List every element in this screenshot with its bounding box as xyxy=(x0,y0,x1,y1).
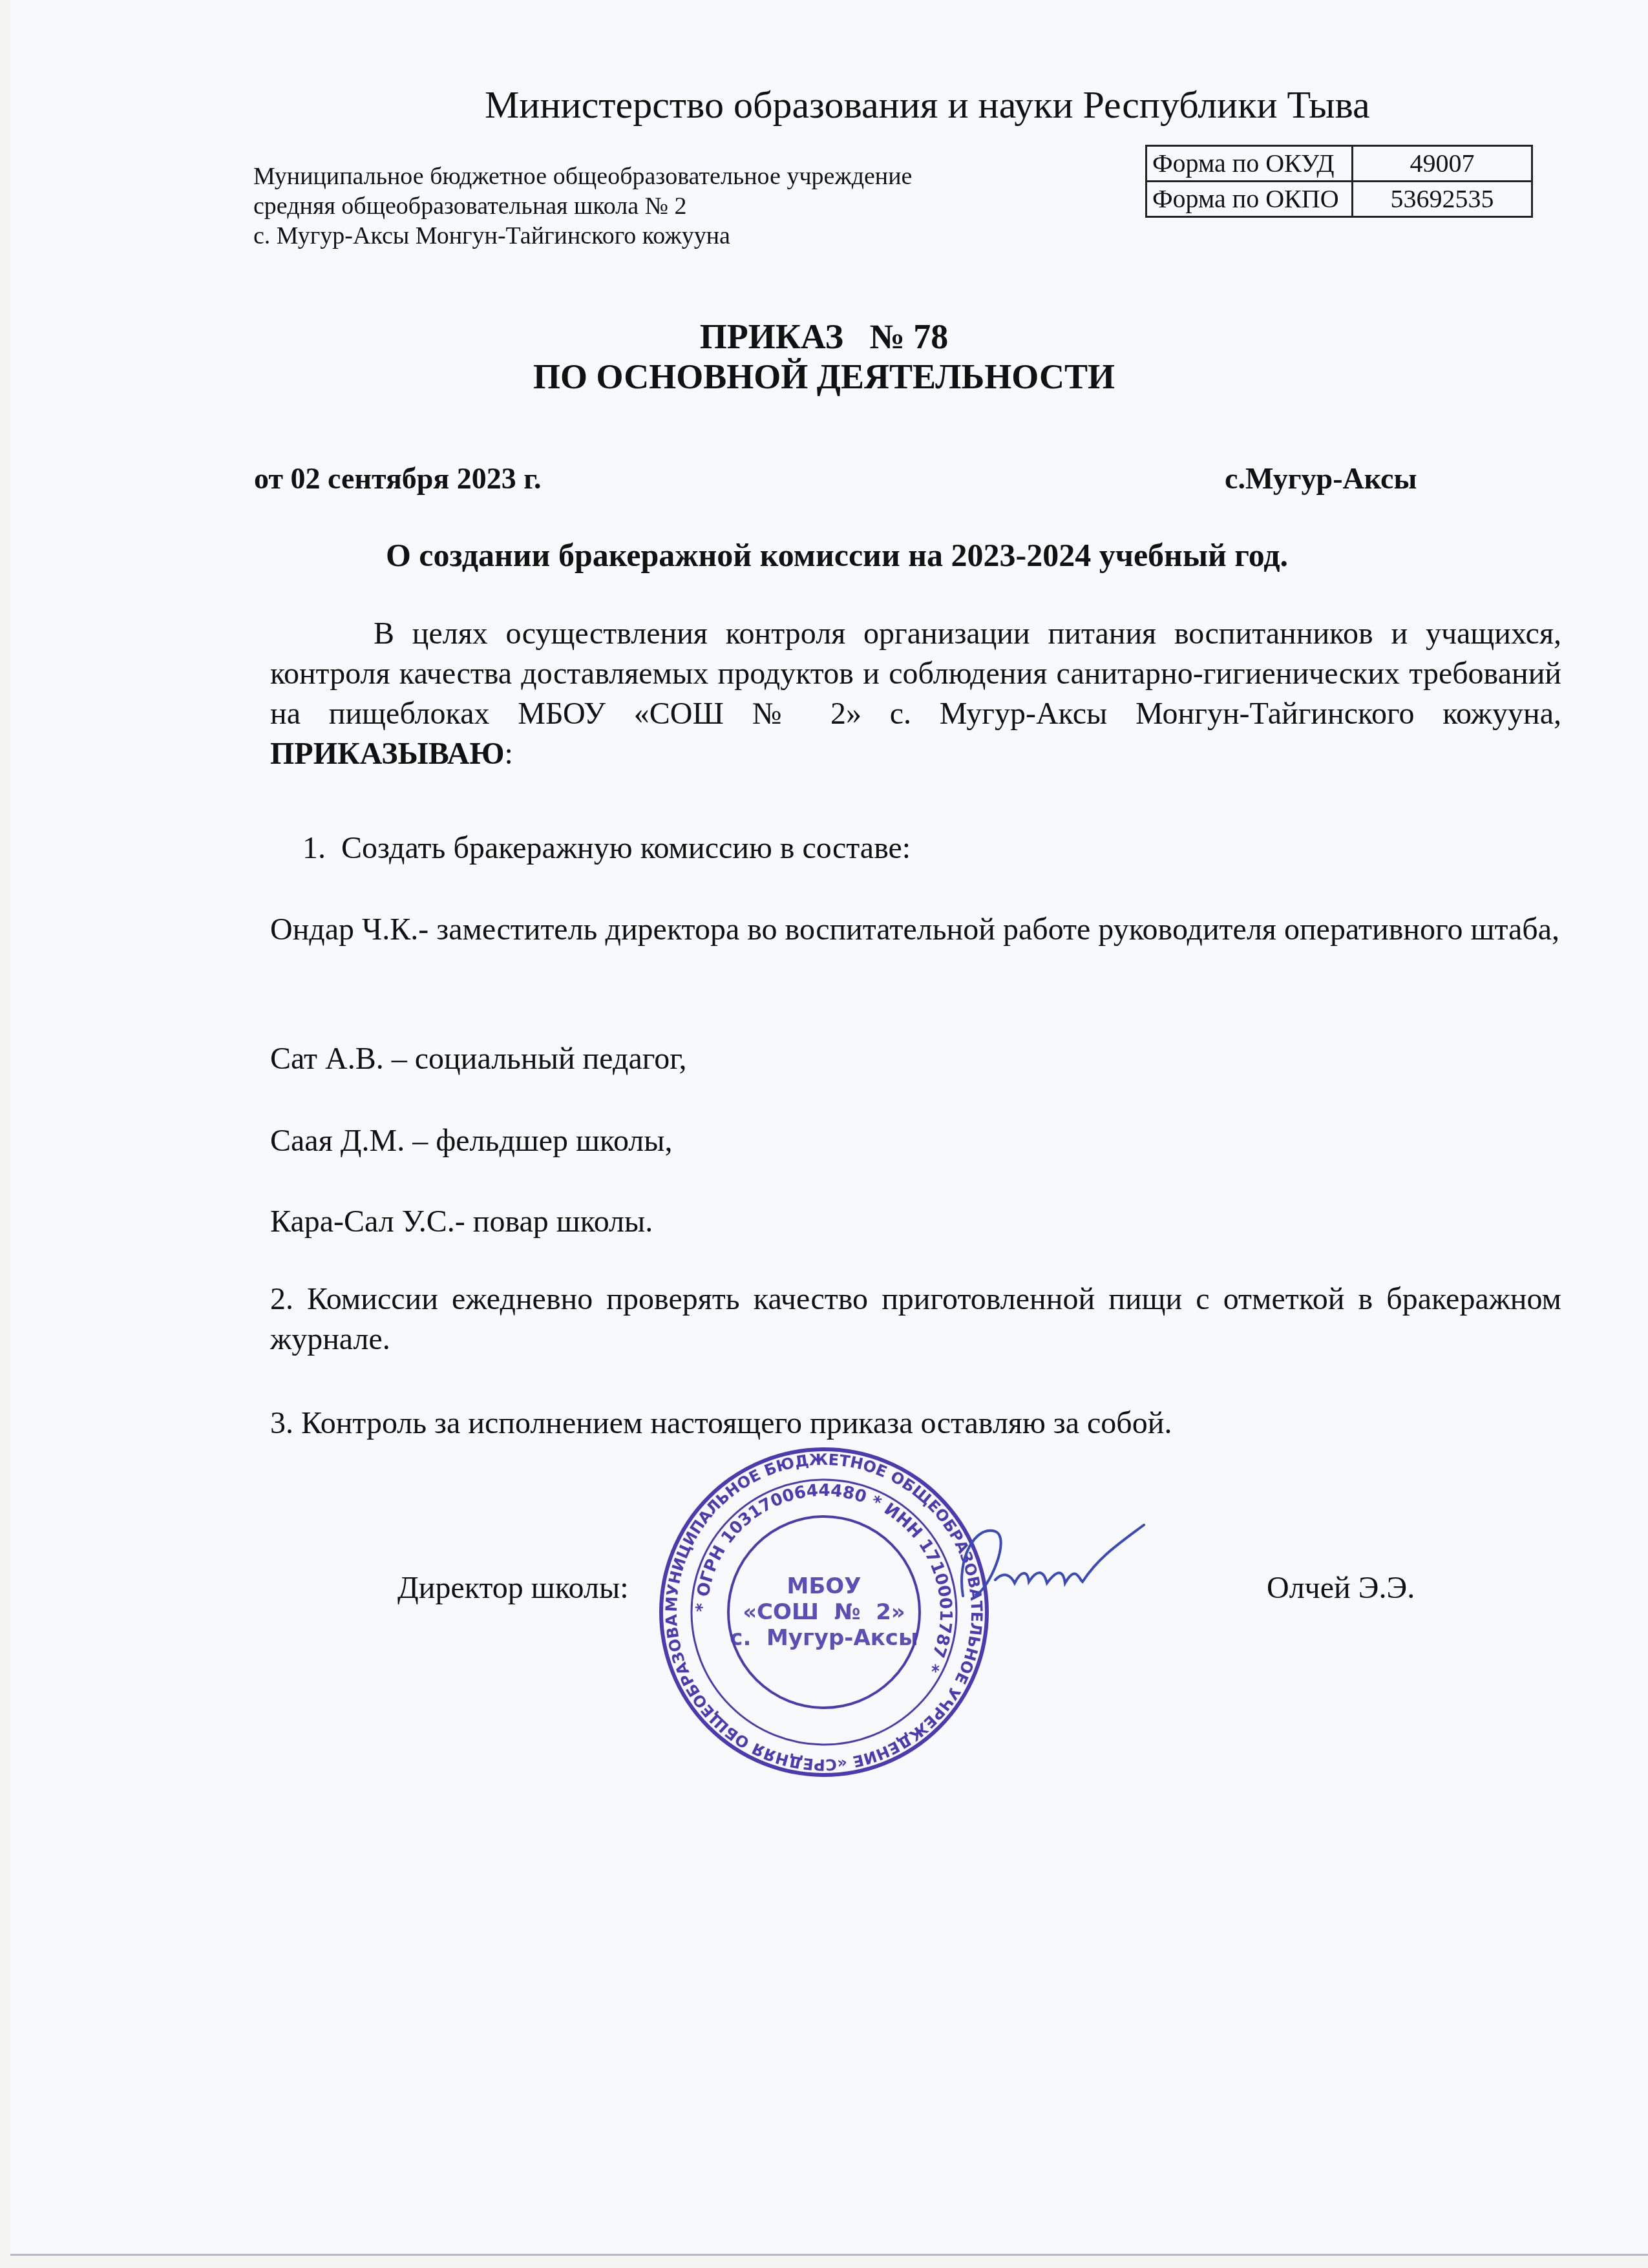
ministry-heading: Министерство образования и науки Республ… xyxy=(485,83,1370,127)
commission-member: Кара-Сал У.С.- повар школы. xyxy=(270,1202,1561,1242)
okud-label: Форма по ОКУД xyxy=(1146,146,1353,182)
table-row: Форма по ОКПО 53692535 xyxy=(1146,182,1532,217)
organization-line: Муниципальное бюджетное общеобразователь… xyxy=(253,162,912,191)
organization-block: Муниципальное бюджетное общеобразователь… xyxy=(253,162,912,251)
order-item-3: 3. Контроль за исполнением настоящего пр… xyxy=(270,1405,1172,1441)
stamp-line: с. Мугур-Аксы xyxy=(730,1625,918,1651)
order-place: с.Мугур-Аксы xyxy=(1225,461,1417,496)
commission-member: Сат А.В. – социальный педагог, xyxy=(270,1039,1561,1079)
okpo-label: Форма по ОКПО xyxy=(1146,182,1353,217)
okud-value: 49007 xyxy=(1353,146,1532,182)
okpo-value: 53692535 xyxy=(1353,182,1532,217)
preamble-text: В целях осуществления контроля организац… xyxy=(270,616,1561,731)
preamble-paragraph: В целях осуществления контроля организац… xyxy=(270,614,1561,774)
order-item-2: 2. Комиссии ежедневно проверять качество… xyxy=(270,1279,1561,1360)
organization-line: с. Мугур-Аксы Монгун-Тайгинского кожууна xyxy=(253,221,912,251)
handwritten-signature-icon xyxy=(950,1518,1157,1609)
order-title: ПРИКАЗ № 78 xyxy=(0,317,1648,357)
order-item-1: 1. Создать бракеражную комиссию в состав… xyxy=(302,830,911,866)
order-subject: О создании бракеражной комиссии на 2023-… xyxy=(0,536,1648,574)
order-subtitle: ПО ОСНОВНОЙ ДЕЯТЕЛЬНОСТИ xyxy=(0,357,1648,397)
organization-line: средняя общеобразовательная школа № 2 xyxy=(253,191,912,221)
form-codes-table: Форма по ОКУД 49007 Форма по ОКПО 536925… xyxy=(1145,145,1533,218)
order-keyword: ПРИКАЗЫВАЮ xyxy=(270,737,504,771)
stamp-center-text: МБОУ «СОШ № 2» с. Мугур-Аксы xyxy=(656,1444,992,1780)
order-date: от 02 сентября 2023 г. xyxy=(254,461,541,496)
table-row: Форма по ОКУД 49007 xyxy=(1146,146,1532,182)
stamp-line: МБОУ xyxy=(787,1573,861,1599)
stamp-line: «СОШ № 2» xyxy=(743,1599,905,1625)
preamble-end: : xyxy=(504,737,512,771)
commission-member: Саая Д.М. – фельдшер школы, xyxy=(270,1121,1561,1161)
commission-member: Ондар Ч.К.- заместитель директора во вос… xyxy=(270,910,1561,950)
director-position: Директор школы: xyxy=(397,1570,629,1606)
director-name: Олчей Э.Э. xyxy=(1267,1570,1415,1606)
